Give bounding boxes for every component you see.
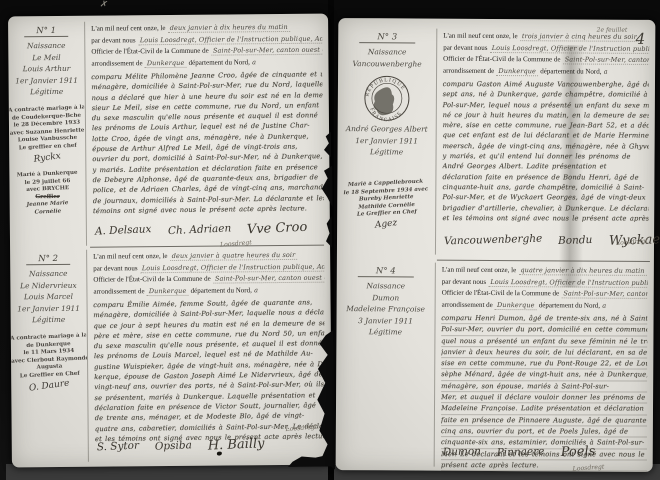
entry-divider (437, 260, 650, 262)
acte-text-line: cinq ans, ouvrier du port, et de Poels J… (441, 426, 647, 438)
opening-row: Officier de l'État-Civil de la Commune d… (442, 288, 648, 301)
printed-opening: L'an mil neuf cent onze, le (93, 252, 167, 261)
opening-row: arrondissement de Dunkerque département … (93, 284, 324, 298)
printed-departement-label: département du Nord, (539, 301, 600, 309)
opening-row: Officier de l'État-Civil de la Commune d… (91, 45, 322, 59)
handwritten-date: deux janvier à quatre heures du soir (170, 251, 298, 261)
printed-arrondissement-label: arrondissement de (442, 300, 493, 308)
acte-text-line: déclaration faite en présence de Bondu H… (443, 172, 649, 183)
acte-text-line: cinquante-huit ans, garde champêtre, dom… (443, 182, 649, 193)
margin-title-line: Le Nidervrieux (10, 279, 86, 291)
handwritten-officer: Louis Loosdregt, Officier de l'Instructi… (488, 277, 647, 287)
acte-margin-title: NaissanceLe NidervrieuxLouis Marcel1er J… (10, 268, 86, 326)
printed-commune-label: Officier de l'État-Civil de la Commune d… (442, 289, 559, 298)
acte-number: N° 4 (357, 266, 414, 277)
marriage-stamp-note: A contracté mariage à la mairiede Coudek… (8, 104, 86, 153)
acte-2: N° 2 NaissanceLe NidervrieuxLouis Marcel… (10, 248, 332, 463)
acte-margin-title: NaissanceVancouwenberghe (338, 46, 436, 70)
acte-text-line: sept ans, né à Dunkerque, garde champêtr… (443, 89, 649, 100)
acte-text-line: comparu Gaston Aimé Auguste Vancouwenber… (443, 79, 649, 90)
signature: Vancouwenberghe (444, 233, 543, 248)
printed-before-officer: par devant nous (93, 264, 137, 272)
signature: Opsiba (155, 439, 193, 453)
opening-row: arrondissement de Dunkerque département … (442, 299, 648, 312)
margin-title-line: Légitime (338, 146, 436, 158)
acte-1-body: L'an mil neuf cent onze, le deux janvier… (91, 22, 324, 246)
signatures-row: S. SytorOpsibaH. Bailly (97, 437, 326, 454)
handwritten-continuation: a (604, 67, 608, 75)
margin-title-line: Madeleine Françoise (337, 303, 435, 315)
acte-text-line: et les témoins ont signé avec nous le pr… (442, 213, 648, 224)
handwritten-arrondissement: Dunkerque (496, 67, 538, 76)
printed-opening: L'an mil neuf cent onze, le (442, 266, 516, 274)
acte-text-line: comparu Henri Dumon, âgé de trente-six a… (441, 313, 647, 325)
acte-text-line: Pol-sur-Mer, lequel nous a présenté un e… (443, 100, 649, 111)
margin-title-line: Louis Arthur (8, 63, 84, 75)
margin-title-line: Naissance (10, 268, 86, 280)
printed-departement-label: département du Nord, (540, 67, 601, 75)
signature: Pinnaere (497, 445, 545, 458)
printed-opening: L'an mil neuf cent onze, le (91, 24, 165, 33)
acte-text-line: brigadier d'artillerie, chevalier, à Dun… (442, 203, 648, 214)
acte-2-body: L'an mil neuf cent onze, le deux janvier… (93, 250, 326, 462)
acte-1: N° 1 NaissanceLe MeilLouis Arthur1er Jan… (8, 20, 330, 247)
signature: Ch. Adriaen (167, 222, 231, 237)
margin-title-line: Louis Marcel (10, 291, 86, 303)
acte-1-margin: N° 1 NaissanceLe MeilLouis Arthur1er Jan… (8, 22, 87, 247)
acte-text-line: André Georges Albert. Ladite présentatio… (443, 161, 649, 172)
handwritten-commune: Saint-Pol-sur-Mer, canton ouest de l' (211, 46, 322, 56)
handwritten-date: quatre janvier à dix heures du matin (518, 266, 646, 276)
acte-number: N° 3 (359, 32, 416, 43)
signature: Poels (560, 444, 595, 460)
printed-departement-label: département du Nord, (189, 58, 250, 67)
acte-text-line: faite en présence de Pinnaere Auguste, â… (441, 415, 647, 427)
acte-text-line: janvier à deux heures du soir, de lui dé… (441, 347, 647, 359)
acte-text-line: meersch, âgée de vingt-cinq ans, ménagèr… (443, 141, 649, 152)
margin-title-line: Vancouwenberghe (338, 58, 436, 70)
signature: H. Bailly (208, 436, 265, 453)
handwritten-officer: Louis Loosdregt, Officier de l'Instructi… (140, 262, 325, 273)
margin-title-line: Légitime (11, 314, 87, 326)
acte-text-line: présent acte après lecture. (441, 460, 647, 472)
margin-title-line: Naissance (337, 280, 435, 292)
printed-before-officer: par devant nous (443, 43, 487, 51)
handwritten-officer: Louis Loosdregt, Officier de l'Instructi… (138, 34, 323, 45)
handwritten-officer: Louis Loosdregt, Officier de l'Instructi… (490, 43, 649, 53)
acte-text-line: quel nous a présenté un enfant du sexe f… (441, 336, 647, 348)
acte-4: N° 4 NaissanceDumonMadeleine Françoise3 … (336, 262, 654, 468)
handwritten-arrondissement: Dunkerque (495, 300, 537, 309)
printed-commune-label: Officier de l'État-Civil de la Commune d… (93, 275, 210, 284)
printed-opening: L'an mil neuf cent onze, le (443, 32, 517, 40)
opening-row: Officier de l'État-Civil de la Commune d… (93, 273, 324, 287)
signature: Dumon (443, 445, 482, 458)
marriage-note-handwritten: Marié à Cappellebrouckle 18 Septembre 19… (336, 178, 436, 220)
handwritten-date: trois janvier à cinq heures du soir (520, 32, 639, 42)
acte-margin-title: NaissanceLe MeilLouis Arthur1er Janvier … (8, 40, 84, 98)
signature: A. Delsaux (95, 223, 152, 237)
acte-3: N° 3 NaissanceVancouwenberghe RÉPUBLIQUE… (337, 28, 655, 256)
printed-before-officer: par devant nous (91, 36, 135, 44)
margin-title-line: André Georges Albert (338, 123, 436, 135)
margin-title-line: 1er Janvier 1911 (9, 74, 85, 86)
handwritten-date: deux janvier à dix heures du matin (168, 23, 290, 33)
acte-number: N° 2 (26, 254, 70, 265)
acte-margin-title-2: André Georges Albert1er Janvier 1911Légi… (338, 123, 436, 158)
acte-3-margin: N° 3 NaissanceVancouwenberghe RÉPUBLIQUE… (337, 28, 437, 255)
marriage-stamp-note-2b: Jeanne MarieCornélie (9, 200, 86, 218)
margin-title-line: 3 Janvier 1911 (337, 315, 435, 327)
opening-row: arrondissement de Dunkerque département … (91, 56, 322, 70)
handwritten-commune: Saint-Pol-sur-Mer, canton ouest de l' (561, 289, 647, 299)
stamp-note-line: Cornélie (10, 207, 86, 218)
register-scan: ✗ N° 1 NaissanceLe MeilLouis Arthur1er J… (0, 0, 660, 480)
margin-title-line: Légitime (336, 326, 434, 338)
acte-margin-title: NaissanceDumonMadeleine Françoise3 Janvi… (336, 280, 434, 338)
signature: Bondu (558, 234, 593, 247)
acte-text: comparu Gaston Aimé Auguste Vancouwenber… (442, 79, 648, 224)
acte-text-line: sise en cette commune, rue du Pont-Rouge… (441, 358, 647, 370)
signature: Vve Croo (247, 220, 308, 238)
republique-francaise-stamp-icon: RÉPUBLIQUE FRANÇAISE (363, 73, 411, 121)
opening-row: L'an mil neuf cent onze, le trois janvie… (443, 31, 649, 44)
opening-row: Officier de l'État-Civil de la Commune d… (443, 54, 649, 67)
acte-text: comparu Émilie Aimée, femme Soutt, âgée … (93, 297, 326, 444)
handwritten-continuation: a (254, 286, 258, 294)
handwritten-continuation: a (252, 58, 256, 66)
margin-title-line: Naissance (8, 40, 84, 52)
handwritten-commune: Saint-Pol-sur-Mer, canton ouest de l' (563, 55, 649, 65)
handwritten-continuation: a (602, 301, 606, 309)
printed-arrondissement-label: arrondissement de (93, 287, 144, 295)
acte-text: comparu Mélite Philomène Jeanne Croo, âg… (91, 69, 324, 216)
acte-4-body: L'an mil neuf cent onze, le quatre janvi… (441, 265, 648, 468)
acte-text-line: sèphe Ménard, âgée de vingt-huit ans, né… (441, 370, 647, 382)
opening-row: L'an mil neuf cent onze, le quatre janvi… (442, 265, 648, 278)
register-page-left: N° 1 NaissanceLe MeilLouis Arthur1er Jan… (8, 14, 332, 468)
signature: S. Sytor (97, 440, 140, 454)
pencil-mark: ✗ (99, 0, 109, 11)
printed-before-officer: par devant nous (442, 277, 486, 285)
opening-row: arrondissement de Dunkerque département … (443, 65, 649, 78)
printed-departement-label: département du Nord, (191, 286, 252, 295)
acte-2-margin: N° 2 NaissanceLe NidervrieuxLouis Marcel… (10, 250, 89, 463)
acte-text-line: né ce jour à huit heures du matin, en la… (443, 110, 649, 121)
acte-number: N° 1 (24, 26, 68, 37)
acte-text-line: ménagère, son épouse, mariés à Saint-Pol… (441, 381, 647, 393)
handwritten-arrondissement: Dunkerque (145, 58, 187, 67)
marriage-stamp-note: A contracté mariage à la mairiede Dunker… (10, 332, 88, 381)
signatures-row: DumonPinnaerePoels (443, 444, 647, 460)
printed-arrondissement-label: arrondissement de (91, 59, 142, 67)
acte-text-line: Pol-sur-Mer, ouvrier du port, domicilié … (441, 324, 647, 336)
acte-3-body: L'an mil neuf cent onze, le trois janvie… (442, 31, 649, 256)
margin-title-line: Légitime (9, 86, 85, 98)
handwritten-arrondissement: Dunkerque (147, 286, 189, 295)
acte-text-line: y mariés, et qu'il entend lui donner les… (443, 151, 649, 162)
margin-title-line: 1er Janvier 1911 (338, 135, 436, 147)
register-page-right: 2e feuillet 4 N° 3 NaissanceVancouwenber… (336, 18, 656, 472)
printed-arrondissement-label: arrondissement de (443, 66, 494, 74)
printed-commune-label: Officier de l'État-Civil de la Commune d… (443, 55, 560, 64)
acte-text-line: Mer, et auquel il déclare vouloir donner… (441, 392, 647, 404)
printed-commune-label: Officier de l'État-Civil de la Commune d… (91, 47, 208, 56)
handwritten-commune: Saint-Pol-sur-Mer, canton ouest de l' (213, 274, 324, 284)
acte-text-line: Pol-sur-Mer, et de Wyckaert Georges, âgé… (442, 192, 648, 203)
signatures-row: A. DelsauxCh. AdriaenVve Croo (95, 221, 324, 238)
marriage-stamp-note-2: Marié à Dunkerquele 29 juillet 66avec BR… (9, 169, 86, 195)
clerk-signature: Loosdregt (220, 239, 252, 248)
margin-title-line: Le Meil (8, 51, 84, 63)
acte-text-line: Madeleine Françoise. Ladite présentation… (441, 403, 647, 415)
acte-text-line: témoins ont signé avec nous le présent a… (93, 203, 324, 216)
acte-text-line: mère, sise en cette commune, rue Jean-Ba… (443, 120, 649, 131)
acte-4-margin: N° 4 NaissanceDumonMadeleine Françoise3 … (336, 262, 436, 467)
margin-title-line: Dumon (337, 292, 435, 304)
margin-title-line: 1er Janvier 1911 (11, 302, 87, 314)
acte-text-line: que cet enfant est de lui déclarant et d… (443, 131, 649, 142)
margin-title-line: Naissance (338, 46, 436, 58)
